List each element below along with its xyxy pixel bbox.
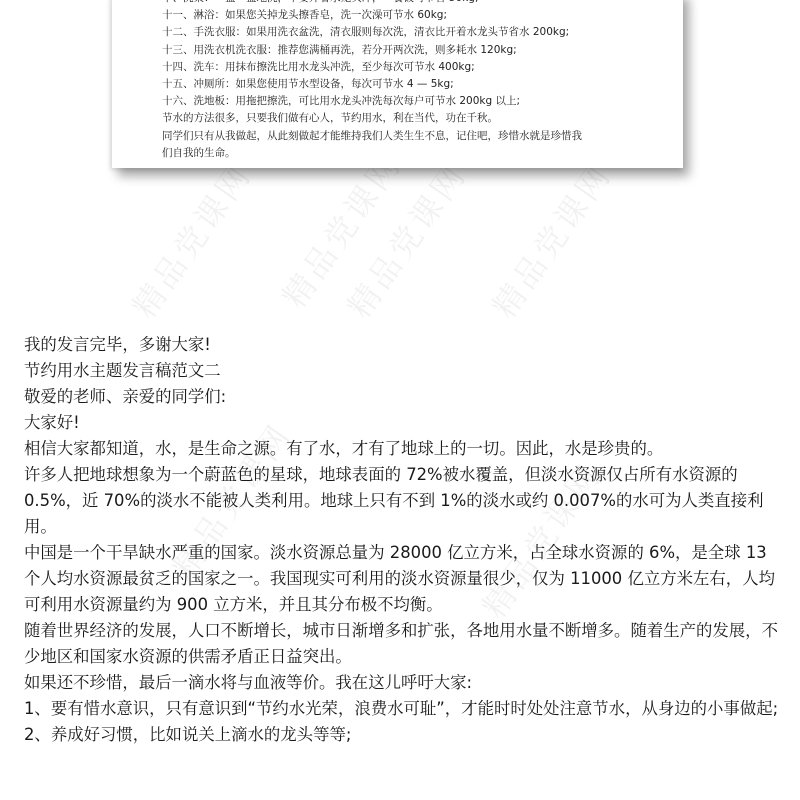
card-line: 十四、洗车：用抹布擦洗比用水龙头冲洗，至少每次可节水 400kg;: [162, 59, 682, 76]
speech-body: 我的发言完毕，多谢大家! 节约用水主题发言稿范文二 敬爱的老师、亲爱的同学们: …: [24, 332, 784, 748]
salutation: 敬爱的老师、亲爱的同学们:: [24, 384, 784, 410]
list-item: 1、要有惜水意识，只有意识到“节约水光荣，浪费水可耻”，才能时时处处注意节水，从…: [24, 696, 784, 722]
closing-remark: 我的发言完毕，多谢大家!: [24, 332, 784, 358]
card-line: 十二、手洗衣服：如果用洗衣盆洗，清衣服则每次洗，清衣比开着水龙头节省水 200k…: [162, 24, 682, 41]
document-image-card: 十、洗菜：一盆一盆地洗，不要开着水龙头冲，一餐饭可节省 50kg; 十一、淋浴：…: [112, 0, 683, 168]
card-line: 十六、洗地板：用拖把擦洗，可比用水龙头冲洗每次每户可节水 200kg 以上;: [162, 93, 682, 110]
card-line: 十三、用洗衣机洗衣服：推荐您满桶再洗，若分开两次洗，则多耗水 120kg;: [162, 42, 682, 59]
card-text-block: 十、洗菜：一盆一盆地洗，不要开着水龙头冲，一餐饭可节省 50kg; 十一、淋浴：…: [162, 0, 682, 162]
watermark: 精品党课网: [480, 153, 621, 327]
list-item: 2、养成好习惯，比如说关上滴水的龙头等等;: [24, 722, 784, 748]
watermark: 精品党课网: [270, 143, 411, 317]
watermark: 精品党课网: [120, 153, 261, 327]
paragraph: 随着世界经济的发展，人口不断增长，城市日渐增多和扩张，各地用水量不断增多。随着生…: [24, 618, 784, 670]
card-line: 十、洗菜：一盆一盆地洗，不要开着水龙头冲，一餐饭可节省 50kg;: [162, 0, 682, 7]
paragraph: 许多人把地球想象为一个蔚蓝色的星球，地球表面的 72%被水覆盖，但淡水资源仅占所…: [24, 462, 784, 540]
card-line: 十一、淋浴：如果您关掉龙头擦香皂，洗一次澡可节水 60kg;: [162, 7, 682, 24]
card-line: 节水的方法很多，只要我们做有心人，节约用水，利在当代，功在千秋。: [162, 110, 682, 127]
paragraph: 相信大家都知道，水，是生命之源。有了水，才有了地球上的一切。因此，水是珍贵的。: [24, 436, 784, 462]
card-line: 十五、冲厕所：如果您使用节水型设备，每次可节水 4 — 5kg;: [162, 76, 682, 93]
section-title: 节约用水主题发言稿范文二: [24, 358, 784, 384]
watermark: 精品党课网: [335, 153, 476, 327]
paragraph: 中国是一个干旱缺水严重的国家。淡水资源总量为 28000 亿立方米，占全球水资源…: [24, 540, 784, 618]
document-page: 精品党课网 精品党课网 精品党课网 精品党课网 精品党课网 精品党课网 十、洗菜…: [0, 0, 800, 800]
card-line: 们自我的生命。: [162, 145, 682, 162]
greeting: 大家好!: [24, 410, 784, 436]
paragraph: 如果还不珍惜，最后一滴水将与血液等价。我在这儿呼吁大家:: [24, 670, 784, 696]
card-line: 同学们只有从我做起，从此刻做起才能维持我们人类生生不息，记住吧，珍惜水就是珍惜我: [162, 128, 682, 145]
